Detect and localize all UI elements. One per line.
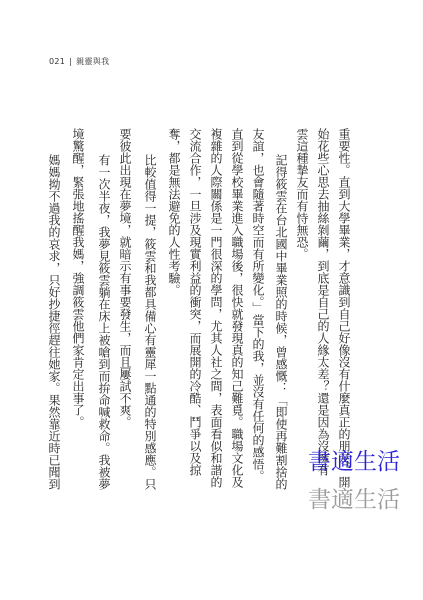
text-column: 要彼此出現在夢境，就暗示有事要發生，而且屢試不爽。 [117,128,131,428]
watermark-blue: 書適生活 [308,449,400,475]
text-column: 直到從學校畢業進入職場後，很快就發現真的知己難覓。職場文化及 [229,128,243,488]
text-column: 重要性。直到大學畢業，才意識到自己好像沒有什麼真正的朋友。開 [336,128,350,488]
text-column: 交流合作，一旦涉及現實利益的衝突，而展開的冷酷、鬥爭以及掠 [187,128,201,476]
text-column: 記得筱雲在台北國中畢業照的時候，曾感慨：「即使再難割捨的 [273,154,287,490]
text-column: 雲這種摯友而有恃無恐。 [294,128,308,260]
text-column: 奪，都是無法避免的人性考驗。 [166,128,180,296]
text-column: 比較值得一提，筱雲和我都具備心有靈犀一點通的特別感應。只 [142,154,156,490]
text-column: 始花些心思去抽絲剝繭，到底是自己的人緣太差？還是因為沒擁有 [315,128,329,476]
text-column: 媽媽拗不過我的哀求，只好抄捷徑趕往她家。果然靠近時已聞到 [46,154,60,490]
watermark-gray: 書適生活 [308,487,400,513]
text-column: 有一次半夜，我夢見筱雲躺在床上被嗆到而拚命喊救命。我被夢 [96,154,110,490]
book-page: 021|親靈與我 重要性。直到大學畢業，才意識到自己好像沒有什麼真正的朋友。開 … [0,0,423,600]
text-column: 友誼，也會隨著時空而有所變化。」當下的我，並沒有任何的感悟。 [250,128,264,482]
text-column: 複雜的人際關係是一門很深的學問，尤其人社之間，表面看似和諧的 [208,128,222,488]
text-column: 境驚醒，緊張地搖醒我媽，強調筱雲他們家肯定出事了。 [70,128,84,428]
